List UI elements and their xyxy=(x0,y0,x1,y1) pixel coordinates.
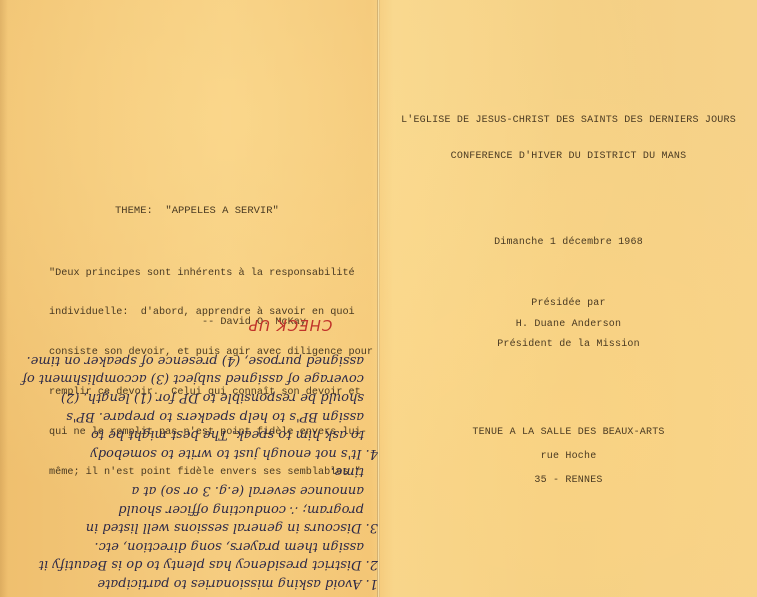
handwritten-notes: 1. Avoid asking missionaries to particip… xyxy=(8,330,378,592)
conference-title: CONFERENCE D'HIVER DU DISTRICT DU MANS xyxy=(380,150,757,164)
note-line: 3. Discours in general sessions well lis… xyxy=(8,518,378,537)
note-line: 4. It's not enough just to write to some… xyxy=(8,443,378,462)
note-line: should be responsible to DP for (1) leng… xyxy=(8,387,378,406)
note-line: to ask him to speak. The best might be t… xyxy=(8,425,378,444)
presided-by-label: Présidée par xyxy=(380,297,757,311)
conference-date: Dimanche 1 décembre 1968 xyxy=(380,236,757,250)
presider-title: Président de la Mission xyxy=(380,338,757,352)
note-line: 2. District presidency has plenty to do … xyxy=(8,555,378,574)
quote-line: "Deux principes sont inhérents à la resp… xyxy=(49,267,373,280)
theme-heading: THEME: "APPELES A SERVIR" xyxy=(115,204,279,218)
left-panel: THEME: "APPELES A SERVIR" "Deux principe… xyxy=(0,0,377,597)
note-line: program; ∴ conducting officer should xyxy=(8,499,378,518)
venue-street: rue Hoche xyxy=(380,450,757,464)
presider-name: H. Duane Anderson xyxy=(380,318,757,332)
venue-name: TENUE A LA SALLE DES BEAUX-ARTS xyxy=(380,426,757,440)
church-name: L'EGLISE DE JESUS-CHRIST DES SAINTS DES … xyxy=(380,114,757,128)
note-line: 1. Avoid asking missionaries to particip… xyxy=(8,573,378,592)
note-line: assigned purpose, (4) presence of speake… xyxy=(8,350,378,369)
note-line: assign BP's to help speakers to prepare.… xyxy=(8,406,378,425)
note-line: announce several (e.g. 3 or so) at a xyxy=(8,480,378,499)
note-line: time. xyxy=(8,462,378,481)
venue-city: 35 - RENNES xyxy=(380,474,757,488)
right-panel: L'EGLISE DE JESUS-CHRIST DES SAINTS DES … xyxy=(380,0,757,597)
note-line: coverage of assigned subject (3) accompl… xyxy=(8,369,378,388)
note-line: assign them prayers, song direction, etc… xyxy=(8,536,378,555)
